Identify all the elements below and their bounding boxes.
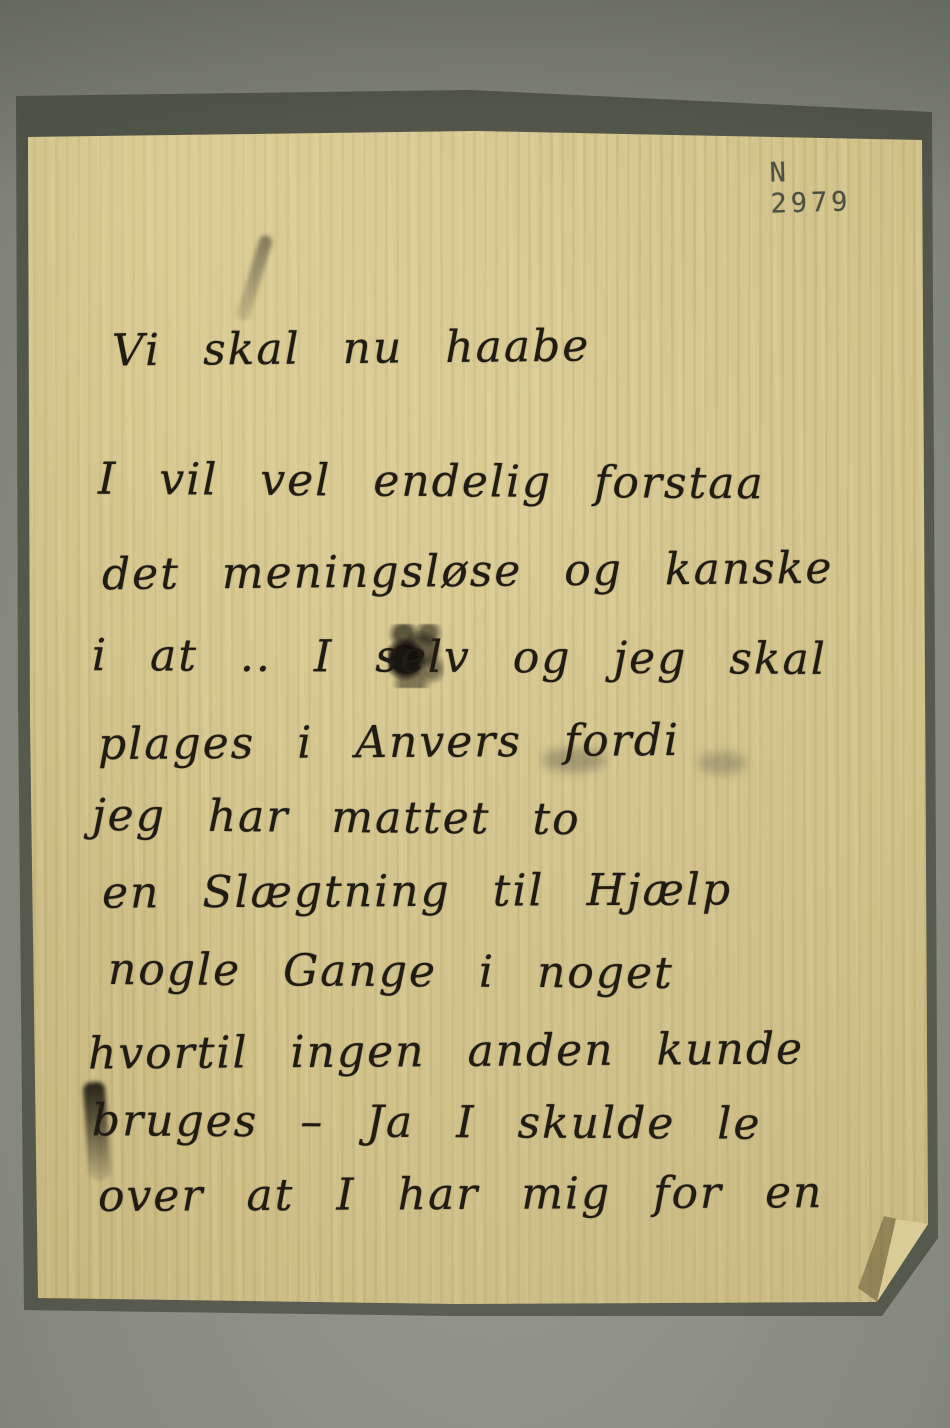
handwriting-line: en Slægtning til Hjælp bbox=[102, 864, 732, 918]
handwriting-line: over at I har mig for en bbox=[98, 1167, 824, 1222]
letter-photo: N 2979 Vi skal nu haabe I vil vel endeli… bbox=[0, 0, 950, 1428]
handwriting-line: jeg har mattet to bbox=[92, 790, 581, 845]
handwriting-line: Vi skal nu haabe bbox=[112, 320, 591, 376]
handwriting-line: hvortil ingen anden kunde bbox=[88, 1024, 804, 1080]
handwriting-line: i at .. I selv og jeg skal bbox=[92, 630, 827, 685]
handwriting-line: nogle Gange i noget bbox=[108, 944, 674, 999]
handwriting-line: I vil vel endelig forstaa bbox=[98, 454, 765, 510]
handwriting-line: bruges – Ja I skulde le bbox=[92, 1095, 762, 1150]
faint-stain bbox=[698, 752, 746, 774]
handwriting-line: det meningsløse og kanske bbox=[102, 543, 834, 600]
handwriting-line: plages i Anvers fordi bbox=[98, 715, 680, 770]
archive-number: N 2979 bbox=[769, 154, 891, 219]
